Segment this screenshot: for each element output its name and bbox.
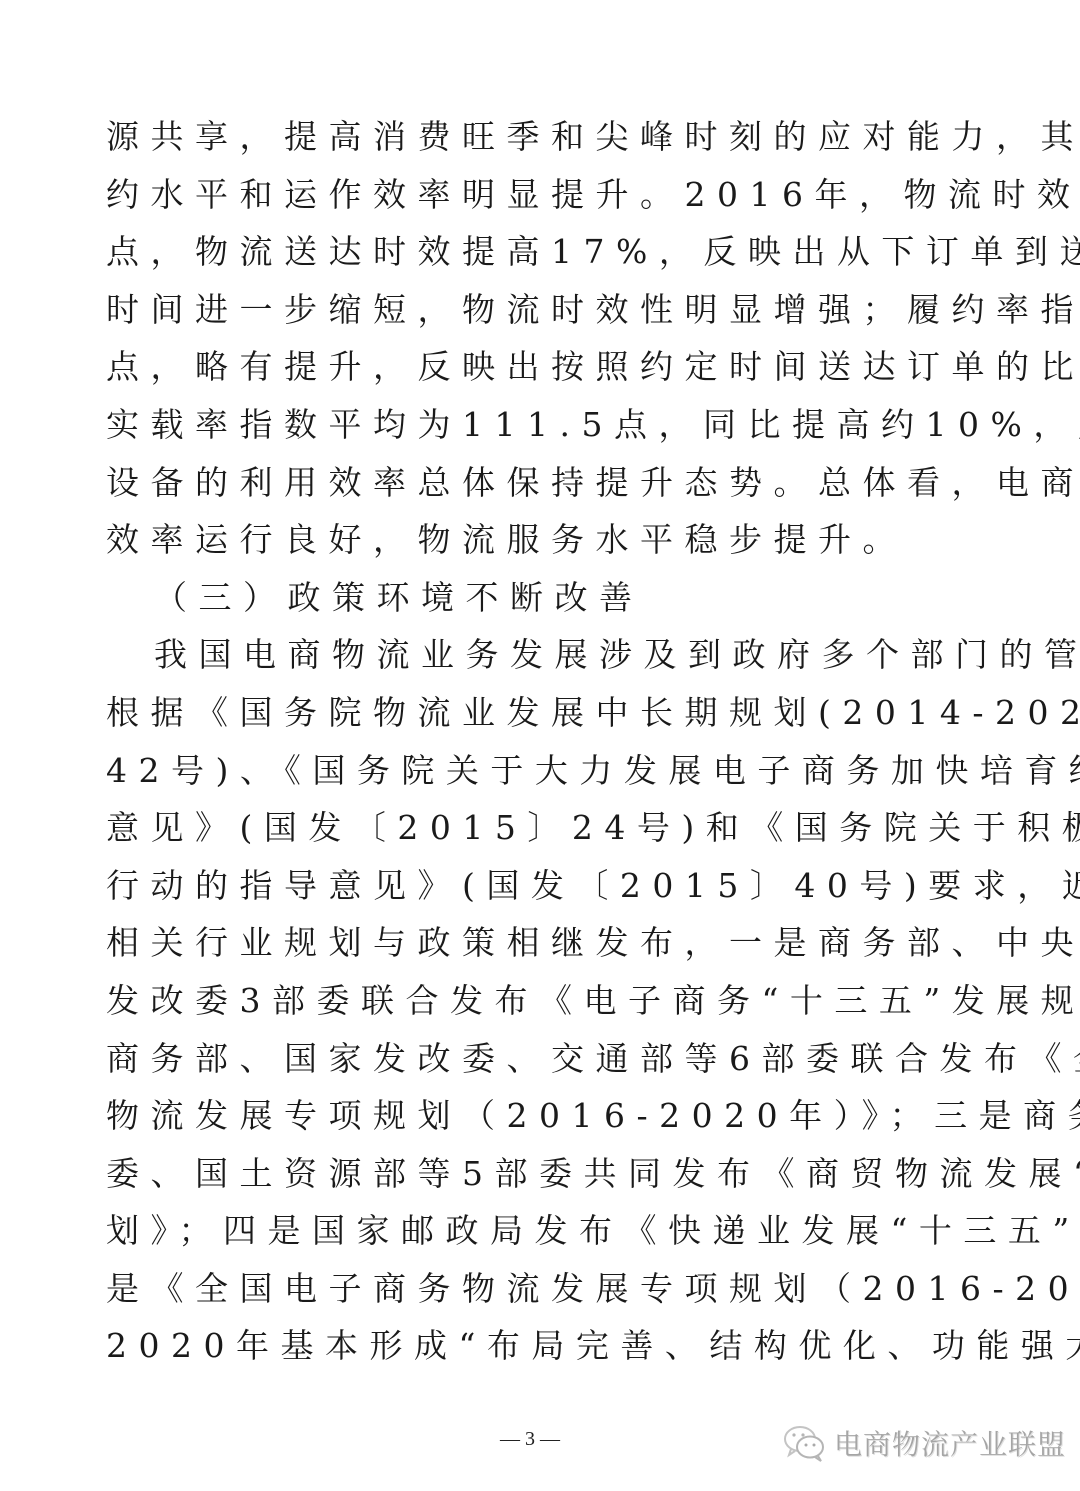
text-line: 相关行业规划与政策相继发布，一是商务部、中央网信办、国家 <box>106 914 966 972</box>
text-line: 设备的利用效率总体保持提升态势。总体看，电商物流整体服务 <box>106 454 966 512</box>
watermark-text: 电商物流产业联盟 <box>834 1423 1066 1463</box>
document-page: 源共享，提高消费旺季和尖峰时刻的应对能力，其物流时效、履 约水平和运作效率明显提… <box>0 0 1080 1491</box>
text-line: 商务部、国家发改委、交通部等6部委联合发布《全国电子商务 <box>106 1030 966 1088</box>
text-line: 实载率指数平均为111.5点，同比提高约10%，反映出物流运输 <box>106 396 966 454</box>
text-line: 是《全国电子商务物流发展专项规划（2016-2020年）》提出，到 <box>106 1260 966 1318</box>
body-text: 源共享，提高消费旺季和尖峰时刻的应对能力，其物流时效、履 约水平和运作效率明显提… <box>106 108 966 1375</box>
text-line: 委、国土资源部等5部委共同发布《商贸物流发展“十三五”规 <box>106 1145 966 1203</box>
paragraph-start: 我国电商物流业务发展涉及到政府多个部门的管理与服务。 <box>106 626 966 684</box>
text-line: 划》；四是国家邮政局发布《快递业发展“十三五”规划》。特别 <box>106 1202 966 1260</box>
text-line: 根据《国务院物流业发展中长期规划(2014-2020年)》(国发〔2014〕 <box>106 684 966 742</box>
text-line: 意见》(国发〔2015〕24号)和《国务院关于积极推进“互联网+” <box>106 799 966 857</box>
page-number: — 3 — <box>470 1428 590 1451</box>
section-heading: （三）政策环境不断改善 <box>106 569 966 627</box>
text-line: 42号)、《国务院关于大力发展电子商务加快培育经济新动力的 <box>106 742 966 800</box>
text-line: 物流发展专项规划（2016-2020年）》；三是商务部联合国家发改 <box>106 1087 966 1145</box>
text-line: 发改委3部委联合发布《电子商务“十三五”发展规划》；二是 <box>106 972 966 1030</box>
text-line: 点，物流送达时效提高17%，反映出从下订单到送达客户的物流 <box>106 223 966 281</box>
text-line: 点，略有提升，反映出按照约定时间送达订单的比例进一步提高； <box>106 338 966 396</box>
text-line: 源共享，提高消费旺季和尖峰时刻的应对能力，其物流时效、履 <box>106 108 966 166</box>
text-line: 时间进一步缩短，物流时效性明显增强；履约率指数平均为103.3 <box>106 281 966 339</box>
text-line: 效率运行良好，物流服务水平稳步提升。 <box>106 511 966 569</box>
text-line: 行动的指导意见》(国发〔2015〕40号)要求，近年来，电商物流 <box>106 857 966 915</box>
watermark: 电商物流产业联盟 <box>782 1418 1066 1468</box>
text-line: 约水平和运作效率明显提升。2016年，物流时效指数平均为114.8 <box>106 166 966 224</box>
wechat-icon <box>782 1423 828 1463</box>
text-line: 2020年基本形成“布局完善、结构优化、功能强大、运作高效、 <box>106 1317 966 1375</box>
